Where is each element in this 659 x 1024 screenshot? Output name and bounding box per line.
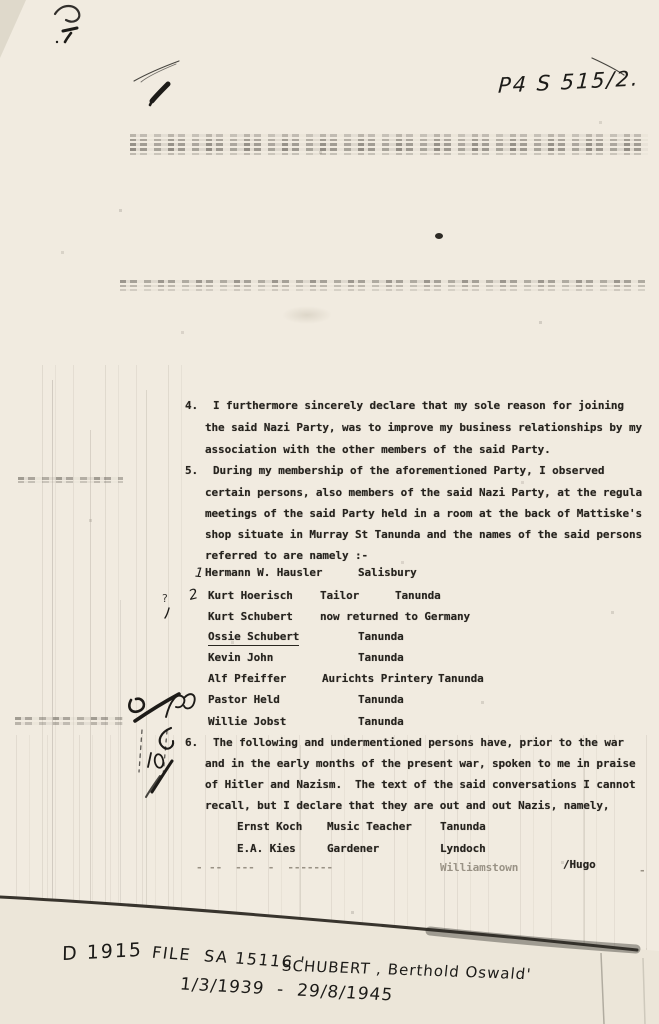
member-name: Willie Jobst: [208, 715, 286, 729]
loop-scribble: [129, 699, 144, 712]
member-town: Tanunda: [358, 651, 404, 665]
informant-occupation: Music Teacher: [327, 820, 412, 834]
ink-smudge: [63, 28, 77, 31]
member-town: Tanunda: [438, 672, 484, 686]
ink-dot: [56, 41, 58, 43]
item5-line: certain persons, also members of the sai…: [205, 486, 642, 500]
item6-number: 6.: [185, 736, 198, 750]
member-town: Salisbury: [358, 566, 417, 580]
member-name-underlined: Ossie Schubert: [208, 630, 299, 646]
informant-name: Ernst Koch: [237, 820, 302, 834]
thick-comma-stroke: [152, 84, 168, 101]
hook-scribble: [55, 6, 79, 22]
margin-mark-1: 1: [194, 566, 204, 582]
item4-number: 4.: [185, 399, 198, 413]
item4-line: the said Nazi Party, was to improve my b…: [205, 421, 642, 435]
scanned-document-page: P4 S 515/2. 4. I furthermore sincerely d…: [0, 0, 659, 1024]
item5-line: meetings of the said Party held in a roo…: [205, 507, 642, 521]
member-name: Kurt Schubert: [208, 610, 293, 624]
informant-note: /Hugo: [563, 858, 596, 872]
member-town: Tanunda: [358, 693, 404, 707]
thin-slash: [134, 61, 179, 81]
member-town: Tanunda: [358, 715, 404, 729]
member-occupation: now returned to Germany: [320, 610, 470, 624]
diagonal-stroke: [135, 694, 179, 721]
informant-town-faded: Williamstown: [440, 861, 518, 875]
thin-slash: [141, 64, 176, 82]
item6-line: recall, but I declare that they are out …: [205, 799, 609, 813]
member-town: Tanunda: [358, 630, 404, 644]
member-name: Alf Pfeiffer: [208, 672, 286, 686]
diagonal-stroke: [146, 776, 160, 797]
informant-occupation: Gardener: [327, 842, 379, 856]
dotted-stroke: [139, 730, 142, 772]
item5-line: shop situate in Murray St Tanunda and th…: [205, 528, 642, 542]
member-name: Pastor Held: [208, 693, 280, 707]
item4-line: association with the other members of th…: [205, 443, 551, 457]
digit-one-scribble: [148, 753, 151, 767]
item5-line: During my membership of the aforemention…: [213, 464, 604, 478]
margin-query-mark: ?: [162, 592, 168, 605]
informant-redacted-dashes: - -- --- - -------: [196, 861, 333, 875]
member-name: Hermann W. Hausler: [205, 566, 322, 580]
member-name: Kurt Hoerisch: [208, 589, 293, 603]
footer-series-number: D 1915: [62, 939, 143, 965]
item5-line: referred to are namely :-: [205, 549, 368, 563]
member-occupation: Aurichts Printery: [322, 672, 433, 686]
item4-line: I furthermore sincerely declare that my …: [213, 399, 624, 413]
member-occupation: Tailor: [320, 589, 359, 603]
comma-mark: [165, 608, 169, 618]
ink-smudge: [65, 33, 71, 42]
informant-town: Tanunda: [440, 820, 486, 834]
item5-number: 5.: [185, 464, 198, 478]
item6-line: and in the early months of the present w…: [205, 757, 636, 771]
item6-line: of Hitler and Nazism. The text of the sa…: [205, 778, 636, 792]
informant-name: E.A. Kies: [237, 842, 296, 856]
member-town: Tanunda: [395, 589, 441, 603]
trailing-dash: -: [639, 864, 646, 878]
informant-town: Lyndoch: [440, 842, 486, 856]
member-name: Kevin John: [208, 651, 273, 665]
digit-zero-scribble: [154, 754, 164, 769]
item6-line: The following and undermentioned persons…: [213, 736, 624, 750]
initials-scribble: [184, 694, 195, 708]
